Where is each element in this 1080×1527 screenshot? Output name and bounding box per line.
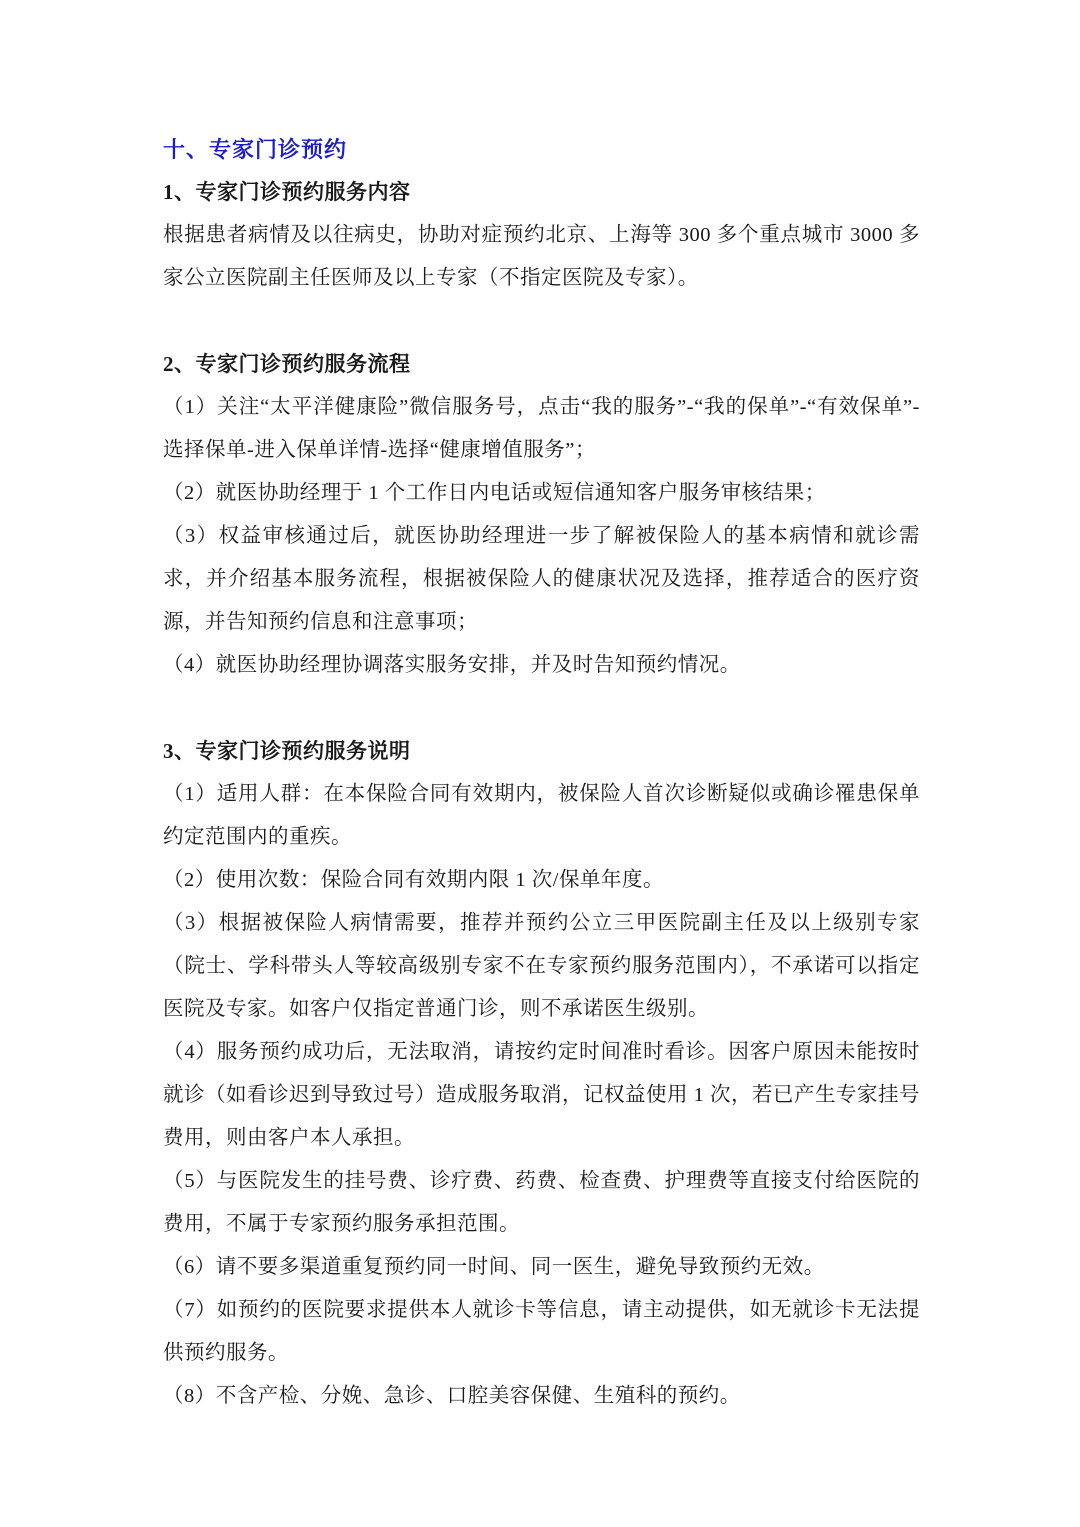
section-1-heading: 1、专家门诊预约服务内容 <box>163 171 920 214</box>
section-2-item-1: （1）关注“太平洋健康险”微信服务号，点击“我的服务”-“我的保单”-“有效保单… <box>163 386 920 472</box>
section-2-item-2: （2）就医协助经理于 1 个工作日内电话或短信通知客户服务审核结果； <box>163 472 920 515</box>
section-2-heading: 2、专家门诊预约服务流程 <box>163 343 920 386</box>
section-2-item-4: （4）就医协助经理协调落实服务安排，并及时告知预约情况。 <box>163 644 920 687</box>
section-service-process: 2、专家门诊预约服务流程 （1）关注“太平洋健康险”微信服务号，点击“我的服务”… <box>163 343 920 687</box>
section-3-item-2: （2）使用次数：保险合同有效期内限 1 次/保单年度。 <box>163 859 920 902</box>
section-3-item-3: （3）根据被保险人病情需要，推荐并预约公立三甲医院副主任及以上级别专家（院士、学… <box>163 902 920 1031</box>
section-3-item-6: （6）请不要多渠道重复预约同一时间、同一医生，避免导致预约无效。 <box>163 1246 920 1289</box>
section-service-notes: 3、专家门诊预约服务说明 （1）适用人群：在本保险合同有效期内，被保险人首次诊断… <box>163 730 920 1418</box>
page-title: 十、专家门诊预约 <box>163 128 920 171</box>
section-1-paragraph-1: 根据患者病情及以往病史，协助对症预约北京、上海等 300 多个重点城市 3000… <box>163 214 920 300</box>
section-3-item-8: （8）不含产检、分娩、急诊、口腔美容保健、生殖科的预约。 <box>163 1375 920 1418</box>
section-3-heading: 3、专家门诊预约服务说明 <box>163 730 920 773</box>
section-service-content: 1、专家门诊预约服务内容 根据患者病情及以往病史，协助对症预约北京、上海等 30… <box>163 171 920 300</box>
section-3-item-7: （7）如预约的医院要求提供本人就诊卡等信息，请主动提供，如无就诊卡无法提供预约服… <box>163 1289 920 1375</box>
section-2-item-3: （3）权益审核通过后，就医协助经理进一步了解被保险人的基本病情和就诊需求，并介绍… <box>163 515 920 644</box>
section-3-item-4: （4）服务预约成功后，无法取消，请按约定时间准时看诊。因客户原因未能按时就诊（如… <box>163 1031 920 1160</box>
section-3-item-1: （1）适用人群：在本保险合同有效期内，被保险人首次诊断疑似或确诊罹患保单约定范围… <box>163 773 920 859</box>
section-3-item-5: （5）与医院发生的挂号费、诊疗费、药费、检查费、护理费等直接支付给医院的费用，不… <box>163 1160 920 1246</box>
document-page: 十、专家门诊预约 1、专家门诊预约服务内容 根据患者病情及以往病史，协助对症预约… <box>0 0 1080 1527</box>
